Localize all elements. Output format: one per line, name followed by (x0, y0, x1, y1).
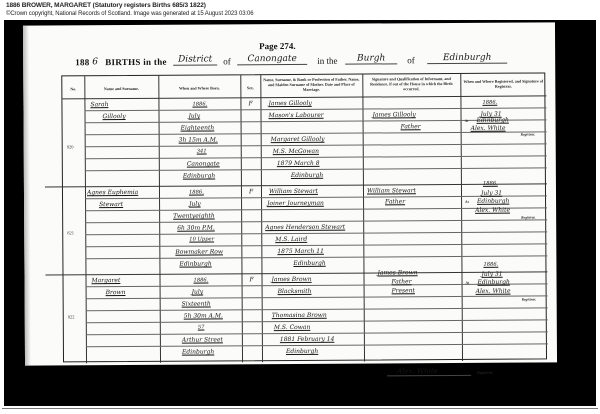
rule (85, 143, 547, 147)
birth-time: 5h 30m A.M. (184, 312, 223, 319)
entry-number: 820 (67, 144, 74, 149)
father-occupation: Joiner Journeyman (267, 200, 324, 207)
registrar-label: Registrar. (521, 133, 536, 137)
register-table: No. Name and Surname. When and Where Bor… (61, 72, 547, 362)
father-name: James Brown (272, 276, 312, 283)
header-sex: Sex. (240, 85, 260, 90)
footer-registrar-label: Registrar. (477, 370, 493, 375)
col-divider (240, 75, 243, 362)
marriage-date: 1881 February 14 (280, 336, 335, 343)
birth-month: July (189, 201, 201, 208)
registration-year: 1886. (483, 262, 498, 269)
of-label-2: of (407, 55, 415, 65)
father-name: James Gillooly (268, 100, 311, 107)
scan-border (2, 408, 598, 409)
mother-name: Thomasina Brown (272, 312, 327, 319)
col-divider (260, 75, 263, 362)
registrar-signature: Alex. White (471, 125, 506, 132)
mother-maiden: M.S. Laird (275, 236, 307, 243)
col-divider (84, 76, 87, 363)
col-divider (158, 76, 161, 363)
registration-date: July 31 (481, 271, 502, 278)
rule (86, 319, 548, 323)
col-divider (362, 75, 365, 362)
birth-street: Canongate (187, 160, 220, 167)
birth-house: 10 Upper (189, 236, 214, 243)
year-prefix: 188 (75, 57, 89, 67)
birth-year: 1886. (194, 278, 209, 285)
birth-street: Bowmaker Row (175, 248, 223, 255)
informant-relation: Father (392, 278, 412, 285)
rule (85, 219, 547, 223)
header-name: Name and Surname. (84, 86, 158, 91)
registration-year: 1886. (482, 100, 497, 107)
informant-signature: William Stewart (367, 187, 416, 194)
birth-house: 341 (197, 149, 207, 156)
father-occupation: Blacksmith (278, 288, 312, 295)
child-forename: Sarah (90, 101, 108, 108)
register-title: 188 6 BIRTHS in the District of Canongat… (55, 52, 555, 71)
child-sex: F (248, 100, 252, 107)
page-shadow (23, 26, 31, 366)
at-label: At (465, 200, 469, 204)
burgh-type: Burgh (345, 53, 397, 64)
registration-year: 1886. (483, 181, 498, 188)
header-when-where: When and Where Born. (158, 85, 240, 91)
birth-day: Twentyeighth (173, 212, 215, 219)
marriage-place: Edinburgh (286, 348, 318, 355)
rule (84, 107, 546, 111)
rule (85, 255, 547, 259)
birth-town: Edinburgh (182, 348, 214, 355)
registration-date: July 31 (481, 190, 502, 197)
informant-signature: James Brown (377, 269, 417, 276)
marriage-place: Edinburgh (293, 260, 325, 267)
year-suffix: 6 (92, 57, 98, 67)
birth-month: July (192, 289, 204, 296)
mother-name: Margaret Gillooly (271, 136, 325, 143)
rule (85, 243, 547, 247)
birth-month: July (189, 113, 201, 120)
in-the-label: in the (317, 56, 337, 66)
rule (85, 167, 547, 171)
child-surname: Brown (106, 289, 126, 296)
birth-time: 6h 30m P.M. (177, 224, 215, 231)
rule (85, 131, 547, 135)
entry-number: 822 (68, 314, 75, 319)
marriage-date: 1875 March 11 (277, 248, 324, 255)
birth-day: Eighteenth (181, 124, 215, 131)
register-page: Page 274. 188 6 BIRTHS in the District o… (23, 22, 557, 365)
child-forename: Agnes Euphemia (87, 189, 138, 196)
header-no: No. (62, 86, 84, 91)
child-sex: F (250, 276, 254, 283)
record-title: 1886 BROWER, MARGARET (Statutory registe… (6, 2, 596, 10)
registrar-label: Registrar. (521, 216, 536, 220)
header-registered: When and Where Registered, and Signature… (462, 78, 544, 89)
birth-house: 57 (198, 325, 205, 332)
child-surname: Gillooly (103, 113, 126, 120)
father-occupation: Mason's Labourer (268, 112, 323, 119)
registrar-signature: Alex. White (476, 288, 511, 295)
mother-name: Agnes Henderson Stewart (265, 224, 345, 231)
birth-town: Edinburgh (179, 260, 211, 267)
entry-number: 821 (67, 230, 74, 235)
informant-relation: Father (401, 123, 421, 130)
registration-place: Edinburgh (478, 279, 510, 286)
rule (86, 343, 548, 347)
birth-year: 1886. (192, 102, 207, 109)
header-parents: Name, Surname, & Rank or Profession of F… (262, 77, 360, 93)
record-caption: 1886 BROWER, MARGARET (Statutory registe… (6, 2, 596, 18)
birth-street: Arthur Street (182, 336, 223, 343)
rule (85, 231, 547, 235)
registration-place: Edinburgh (477, 117, 509, 124)
birth-day: Sixteenth (182, 300, 211, 307)
registration-place: Edinburgh (477, 198, 509, 205)
rule (86, 295, 548, 299)
births-label: BIRTHS in the (105, 57, 167, 67)
at-label: At (466, 281, 470, 285)
registrar-label: Registrar. (522, 297, 537, 301)
child-sex: F (249, 188, 253, 195)
marriage-date: 1879 March 8 (277, 160, 320, 167)
birth-town: Edinburgh (183, 172, 215, 179)
district-type: District (173, 54, 217, 65)
entry-rule (45, 271, 547, 275)
footer-registrar-signature: Alex. White (397, 367, 438, 375)
child-surname: Stewart (99, 201, 123, 208)
father-name: William Stewart (269, 188, 318, 195)
registrar-signature: Alex. White (475, 207, 510, 214)
mother-maiden: M.S. McGowan (273, 148, 319, 155)
child-forename: Margaret (92, 277, 121, 284)
burgh-name: Edinburgh (427, 53, 507, 64)
of-label-1: of (223, 56, 231, 66)
at-label: At (465, 119, 469, 123)
entry-rule (45, 183, 547, 187)
mother-maiden: M.S. Cowan (274, 324, 311, 331)
rule (85, 155, 547, 159)
informant-residence: Present (392, 287, 415, 294)
marriage-place: Edinburgh (291, 172, 323, 179)
col-divider (460, 74, 463, 361)
informant-signature: James Gillooly (372, 111, 415, 118)
informant-relation: Father (385, 198, 405, 205)
copyright-notice: ©Crown copyright, National Records of Sc… (6, 10, 596, 18)
district-name: Canongate (237, 54, 307, 65)
header-informant: Signature and Qualification of Informant… (364, 76, 458, 92)
page-number: Page 274. (259, 41, 296, 51)
rule (86, 331, 548, 335)
header-rule (62, 95, 546, 99)
birth-time: 3h 15m A.M. (179, 136, 218, 143)
birth-year: 1886. (189, 190, 204, 197)
rule (86, 307, 548, 311)
